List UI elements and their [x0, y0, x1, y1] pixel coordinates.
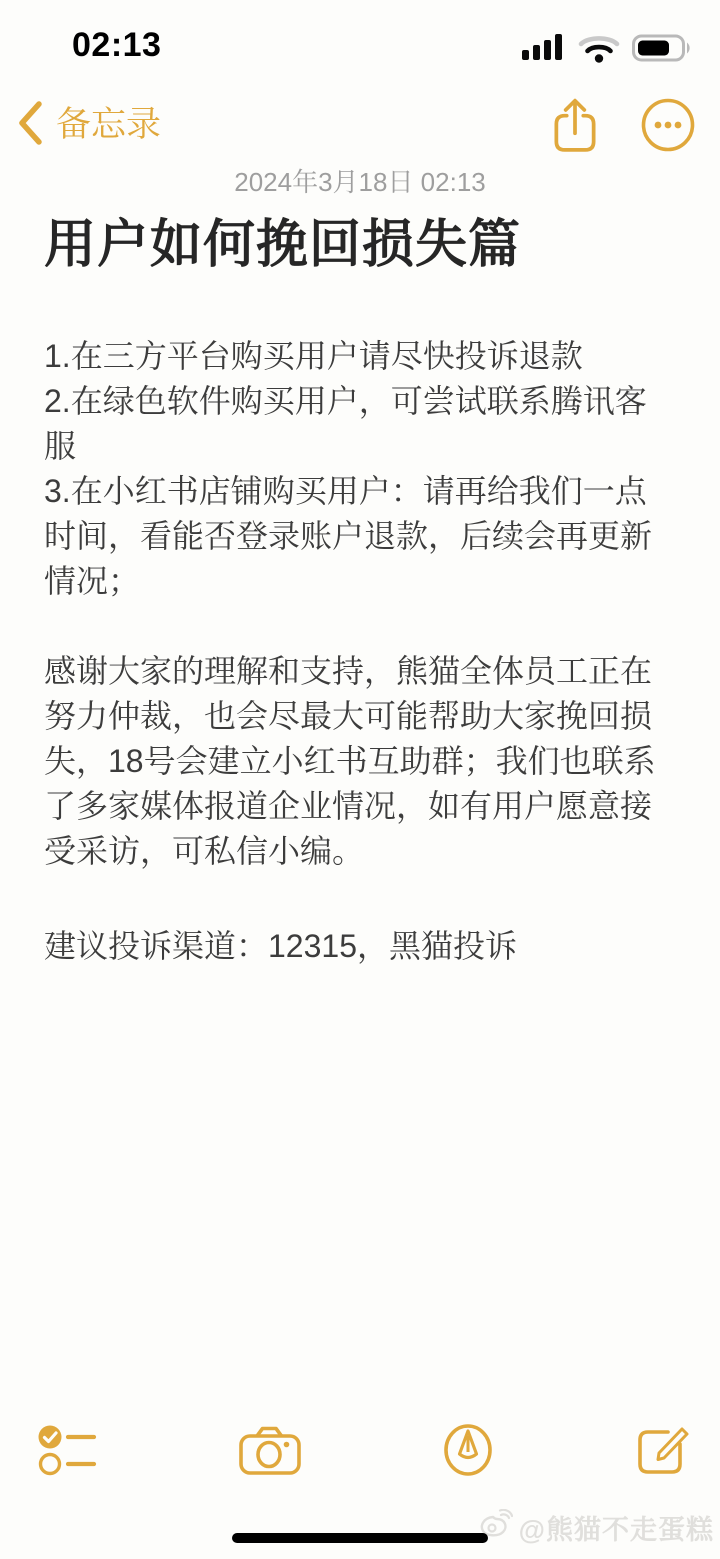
cellular-signal-icon — [522, 32, 566, 69]
checklist-icon — [36, 1423, 98, 1480]
compose-icon — [634, 1422, 690, 1481]
note-list-item[interactable]: 3.在小红书店铺购买用户：请再给我们一点时间，看能否登录账户退款，后续会再更新情… — [44, 469, 676, 604]
note-paragraph[interactable]: 感谢大家的理解和支持，熊猫全体员工正在努力仲裁，也会尽最大可能帮助大家挽回损失，… — [44, 649, 676, 874]
back-button-label: 备忘录 — [56, 96, 161, 154]
wifi-icon — [578, 32, 620, 69]
notes-app-screen: 02:13 — [0, 0, 720, 1559]
watermark: @熊猫不走蛋糕 — [479, 1508, 714, 1547]
nav-bar: 备忘录 — [0, 96, 720, 160]
battery-icon — [632, 32, 694, 69]
note-body[interactable]: 1.在三方平台购买用户请尽快投诉退款 2.在绿色软件购买用户，可尝试联系腾讯客服… — [44, 334, 676, 969]
camera-icon — [238, 1424, 302, 1479]
status-time: 02:13 — [72, 26, 161, 65]
markup-button[interactable] — [442, 1422, 494, 1481]
share-button[interactable] — [550, 96, 600, 157]
note-editor[interactable]: 2024年3月18日 02:13 用户如何挽回损失篇 1.在三方平台购买用户请尽… — [44, 166, 676, 969]
compose-button[interactable] — [634, 1422, 690, 1481]
nav-actions — [550, 96, 696, 156]
share-icon — [550, 96, 600, 157]
checklist-button[interactable] — [36, 1423, 98, 1480]
home-indicator[interactable] — [232, 1533, 488, 1543]
note-title[interactable]: 用户如何挽回损失篇 — [44, 214, 676, 276]
more-button[interactable] — [640, 97, 696, 156]
note-list-item[interactable]: 2.在绿色软件购买用户，可尝试联系腾讯客服 — [44, 379, 676, 469]
chevron-left-icon — [16, 100, 44, 151]
note-list-item[interactable]: 1.在三方平台购买用户请尽快投诉退款 — [44, 334, 676, 379]
bottom-toolbar — [0, 1421, 720, 1481]
note-paragraph[interactable]: 建议投诉渠道：12315，黑猫投诉 — [44, 924, 676, 969]
status-bar: 02:13 — [0, 0, 720, 84]
ellipsis-circle-icon — [640, 97, 696, 156]
back-button[interactable]: 备忘录 — [16, 96, 161, 154]
camera-button[interactable] — [238, 1424, 302, 1479]
status-icons — [522, 32, 694, 69]
note-date: 2024年3月18日 02:13 — [44, 166, 676, 198]
markup-pen-icon — [442, 1422, 494, 1481]
watermark-text: @熊猫不走蛋糕 — [519, 1508, 714, 1547]
note-list[interactable]: 1.在三方平台购买用户请尽快投诉退款 2.在绿色软件购买用户，可尝试联系腾讯客服… — [44, 334, 676, 604]
